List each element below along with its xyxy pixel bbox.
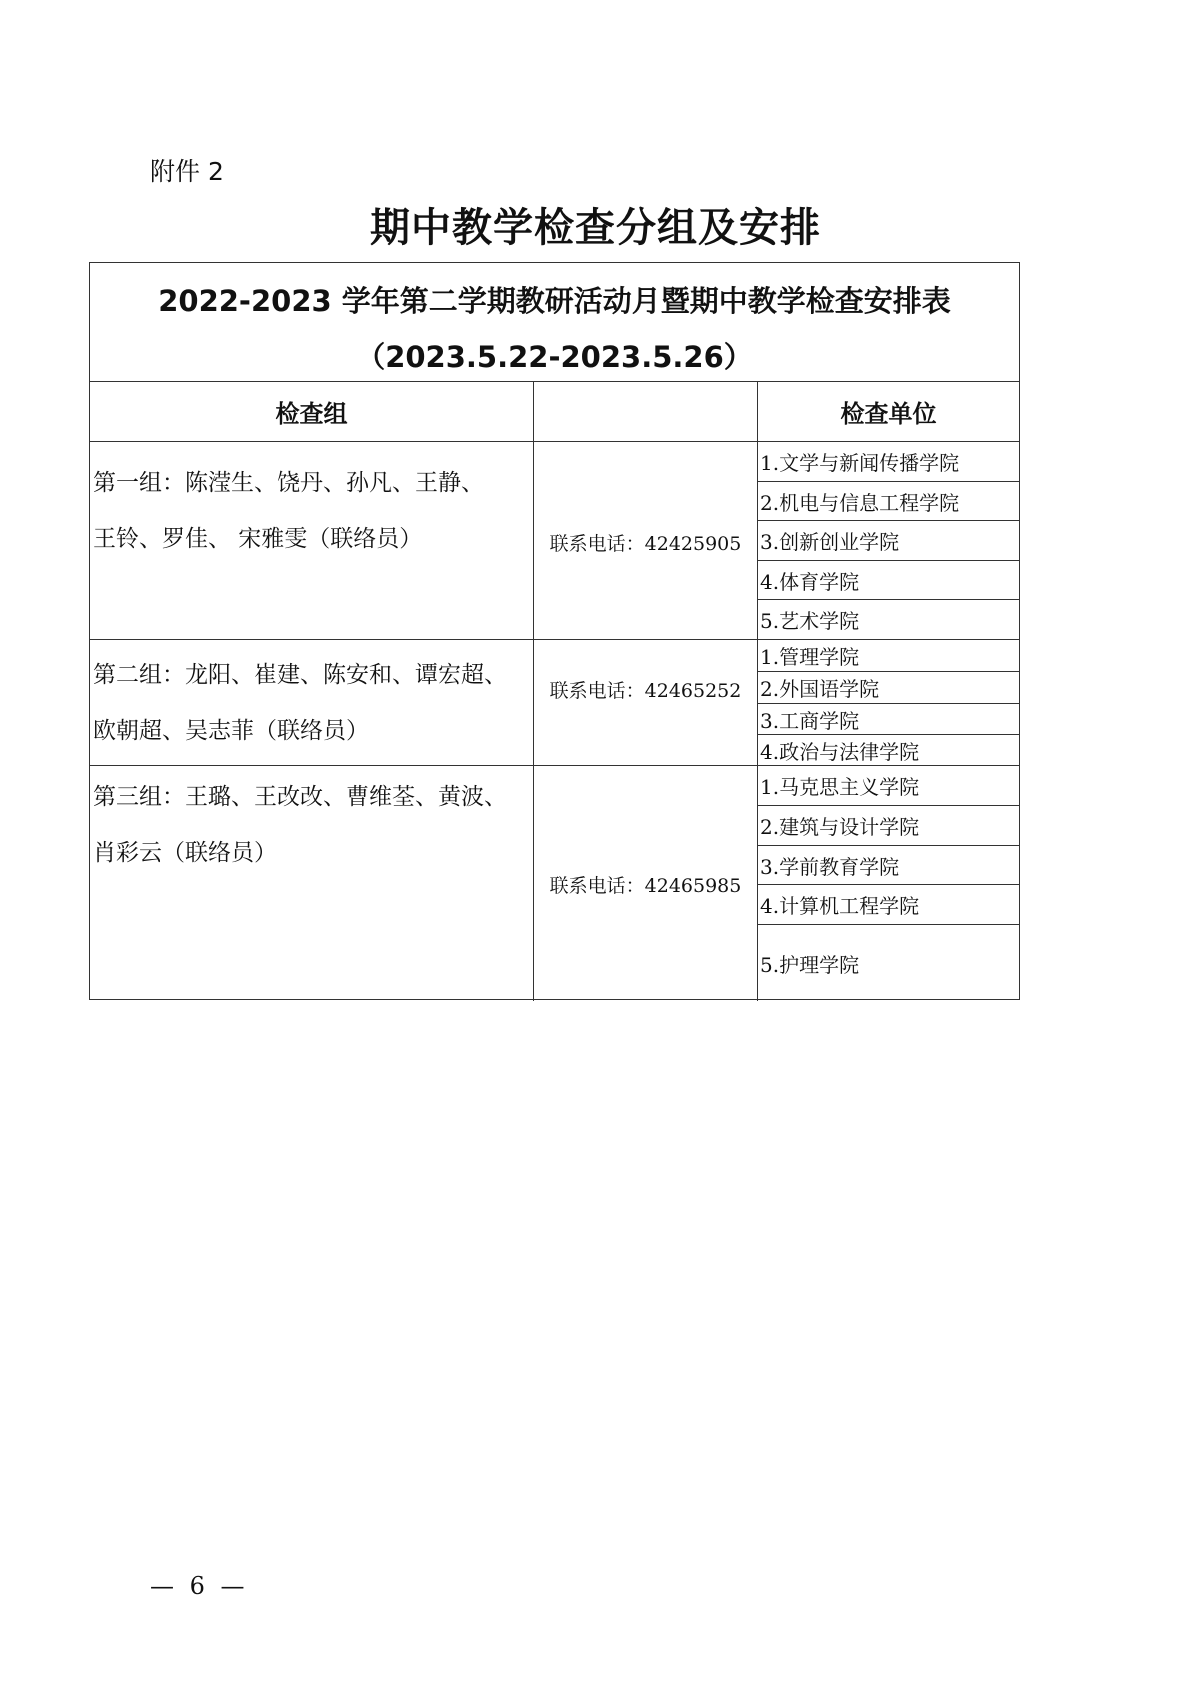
unit-item: 4.计算机工程学院: [758, 885, 1019, 925]
group-members: 第一组：陈滢生、饶丹、孙凡、王静、 王铃、罗佳、 宋雅雯（联络员）: [93, 455, 529, 567]
group-phone: 联系电话：42425905: [534, 529, 757, 556]
group-phone: 联系电话：42465252: [534, 676, 757, 703]
page-number: — 6 —: [150, 1572, 249, 1600]
group-members-cell: 第三组：王璐、王改改、曹维荃、黄波、 肖彩云（联络员）: [90, 766, 534, 1001]
table-title-row: 2022-2023 学年第二学期教研活动月暨期中教学检查安排表 （2023.5.…: [90, 263, 1019, 382]
table-title: 2022-2023 学年第二学期教研活动月暨期中教学检查安排表: [90, 279, 1019, 320]
unit-item: 1.管理学院: [758, 640, 1019, 672]
unit-item: 1.马克思主义学院: [758, 766, 1019, 806]
members-line: 欧朝超、吴志菲（联络员）: [93, 703, 529, 759]
group-members-cell: 第二组：龙阳、崔建、陈安和、谭宏超、 欧朝超、吴志菲（联络员）: [90, 640, 534, 765]
table-row-group-2: 第二组：龙阳、崔建、陈安和、谭宏超、 欧朝超、吴志菲（联络员） 联系电话：424…: [90, 640, 1019, 766]
unit-item: 2.外国语学院: [758, 672, 1019, 704]
header-unit: 检查单位: [758, 382, 1019, 441]
group-phone-cell: 联系电话：42465985: [534, 766, 758, 1001]
header-contact: [534, 382, 758, 441]
unit-item: 5.艺术学院: [758, 600, 1019, 639]
unit-item: 3.工商学院: [758, 704, 1019, 735]
members-line: 第一组：陈滢生、饶丹、孙凡、王静、: [93, 455, 529, 511]
unit-item: 5.护理学院: [758, 925, 1019, 1001]
members-line: 第二组：龙阳、崔建、陈安和、谭宏超、: [93, 647, 529, 703]
group-members-cell: 第一组：陈滢生、饶丹、孙凡、王静、 王铃、罗佳、 宋雅雯（联络员）: [90, 442, 534, 639]
unit-item: 4.政治与法律学院: [758, 735, 1019, 765]
attachment-label: 附件 2: [150, 152, 224, 188]
members-line: 肖彩云（联络员）: [93, 825, 529, 881]
table-header-row: 检查组 检查单位: [90, 382, 1019, 442]
members-line: 王铃、罗佳、 宋雅雯（联络员）: [93, 511, 529, 567]
header-group: 检查组: [90, 382, 534, 441]
group-units-cell: 1.文学与新闻传播学院 2.机电与信息工程学院 3.创新创业学院 4.体育学院 …: [758, 442, 1019, 639]
group-phone-cell: 联系电话：42425905: [534, 442, 758, 639]
group-members: 第二组：龙阳、崔建、陈安和、谭宏超、 欧朝超、吴志菲（联络员）: [93, 647, 529, 759]
unit-item: 4.体育学院: [758, 561, 1019, 600]
table-row-group-3: 第三组：王璐、王改改、曹维荃、黄波、 肖彩云（联络员） 联系电话：4246598…: [90, 766, 1019, 1001]
members-line: 第三组：王璐、王改改、曹维荃、黄波、: [93, 769, 529, 825]
document-title: 期中教学检查分组及安排: [0, 196, 1191, 253]
table-date-range: （2023.5.22-2023.5.26）: [90, 335, 1019, 376]
unit-item: 2.机电与信息工程学院: [758, 482, 1019, 521]
unit-item: 1.文学与新闻传播学院: [758, 442, 1019, 482]
unit-item: 2.建筑与设计学院: [758, 806, 1019, 846]
schedule-table: 2022-2023 学年第二学期教研活动月暨期中教学检查安排表 （2023.5.…: [89, 262, 1020, 1000]
table-row-group-1: 第一组：陈滢生、饶丹、孙凡、王静、 王铃、罗佳、 宋雅雯（联络员） 联系电话：4…: [90, 442, 1019, 640]
group-members: 第三组：王璐、王改改、曹维荃、黄波、 肖彩云（联络员）: [93, 769, 529, 881]
unit-item: 3.学前教育学院: [758, 846, 1019, 885]
group-units-cell: 1.管理学院 2.外国语学院 3.工商学院 4.政治与法律学院: [758, 640, 1019, 765]
group-units-cell: 1.马克思主义学院 2.建筑与设计学院 3.学前教育学院 4.计算机工程学院 5…: [758, 766, 1019, 1001]
group-phone: 联系电话：42465985: [534, 871, 757, 898]
group-phone-cell: 联系电话：42465252: [534, 640, 758, 765]
unit-item: 3.创新创业学院: [758, 521, 1019, 561]
